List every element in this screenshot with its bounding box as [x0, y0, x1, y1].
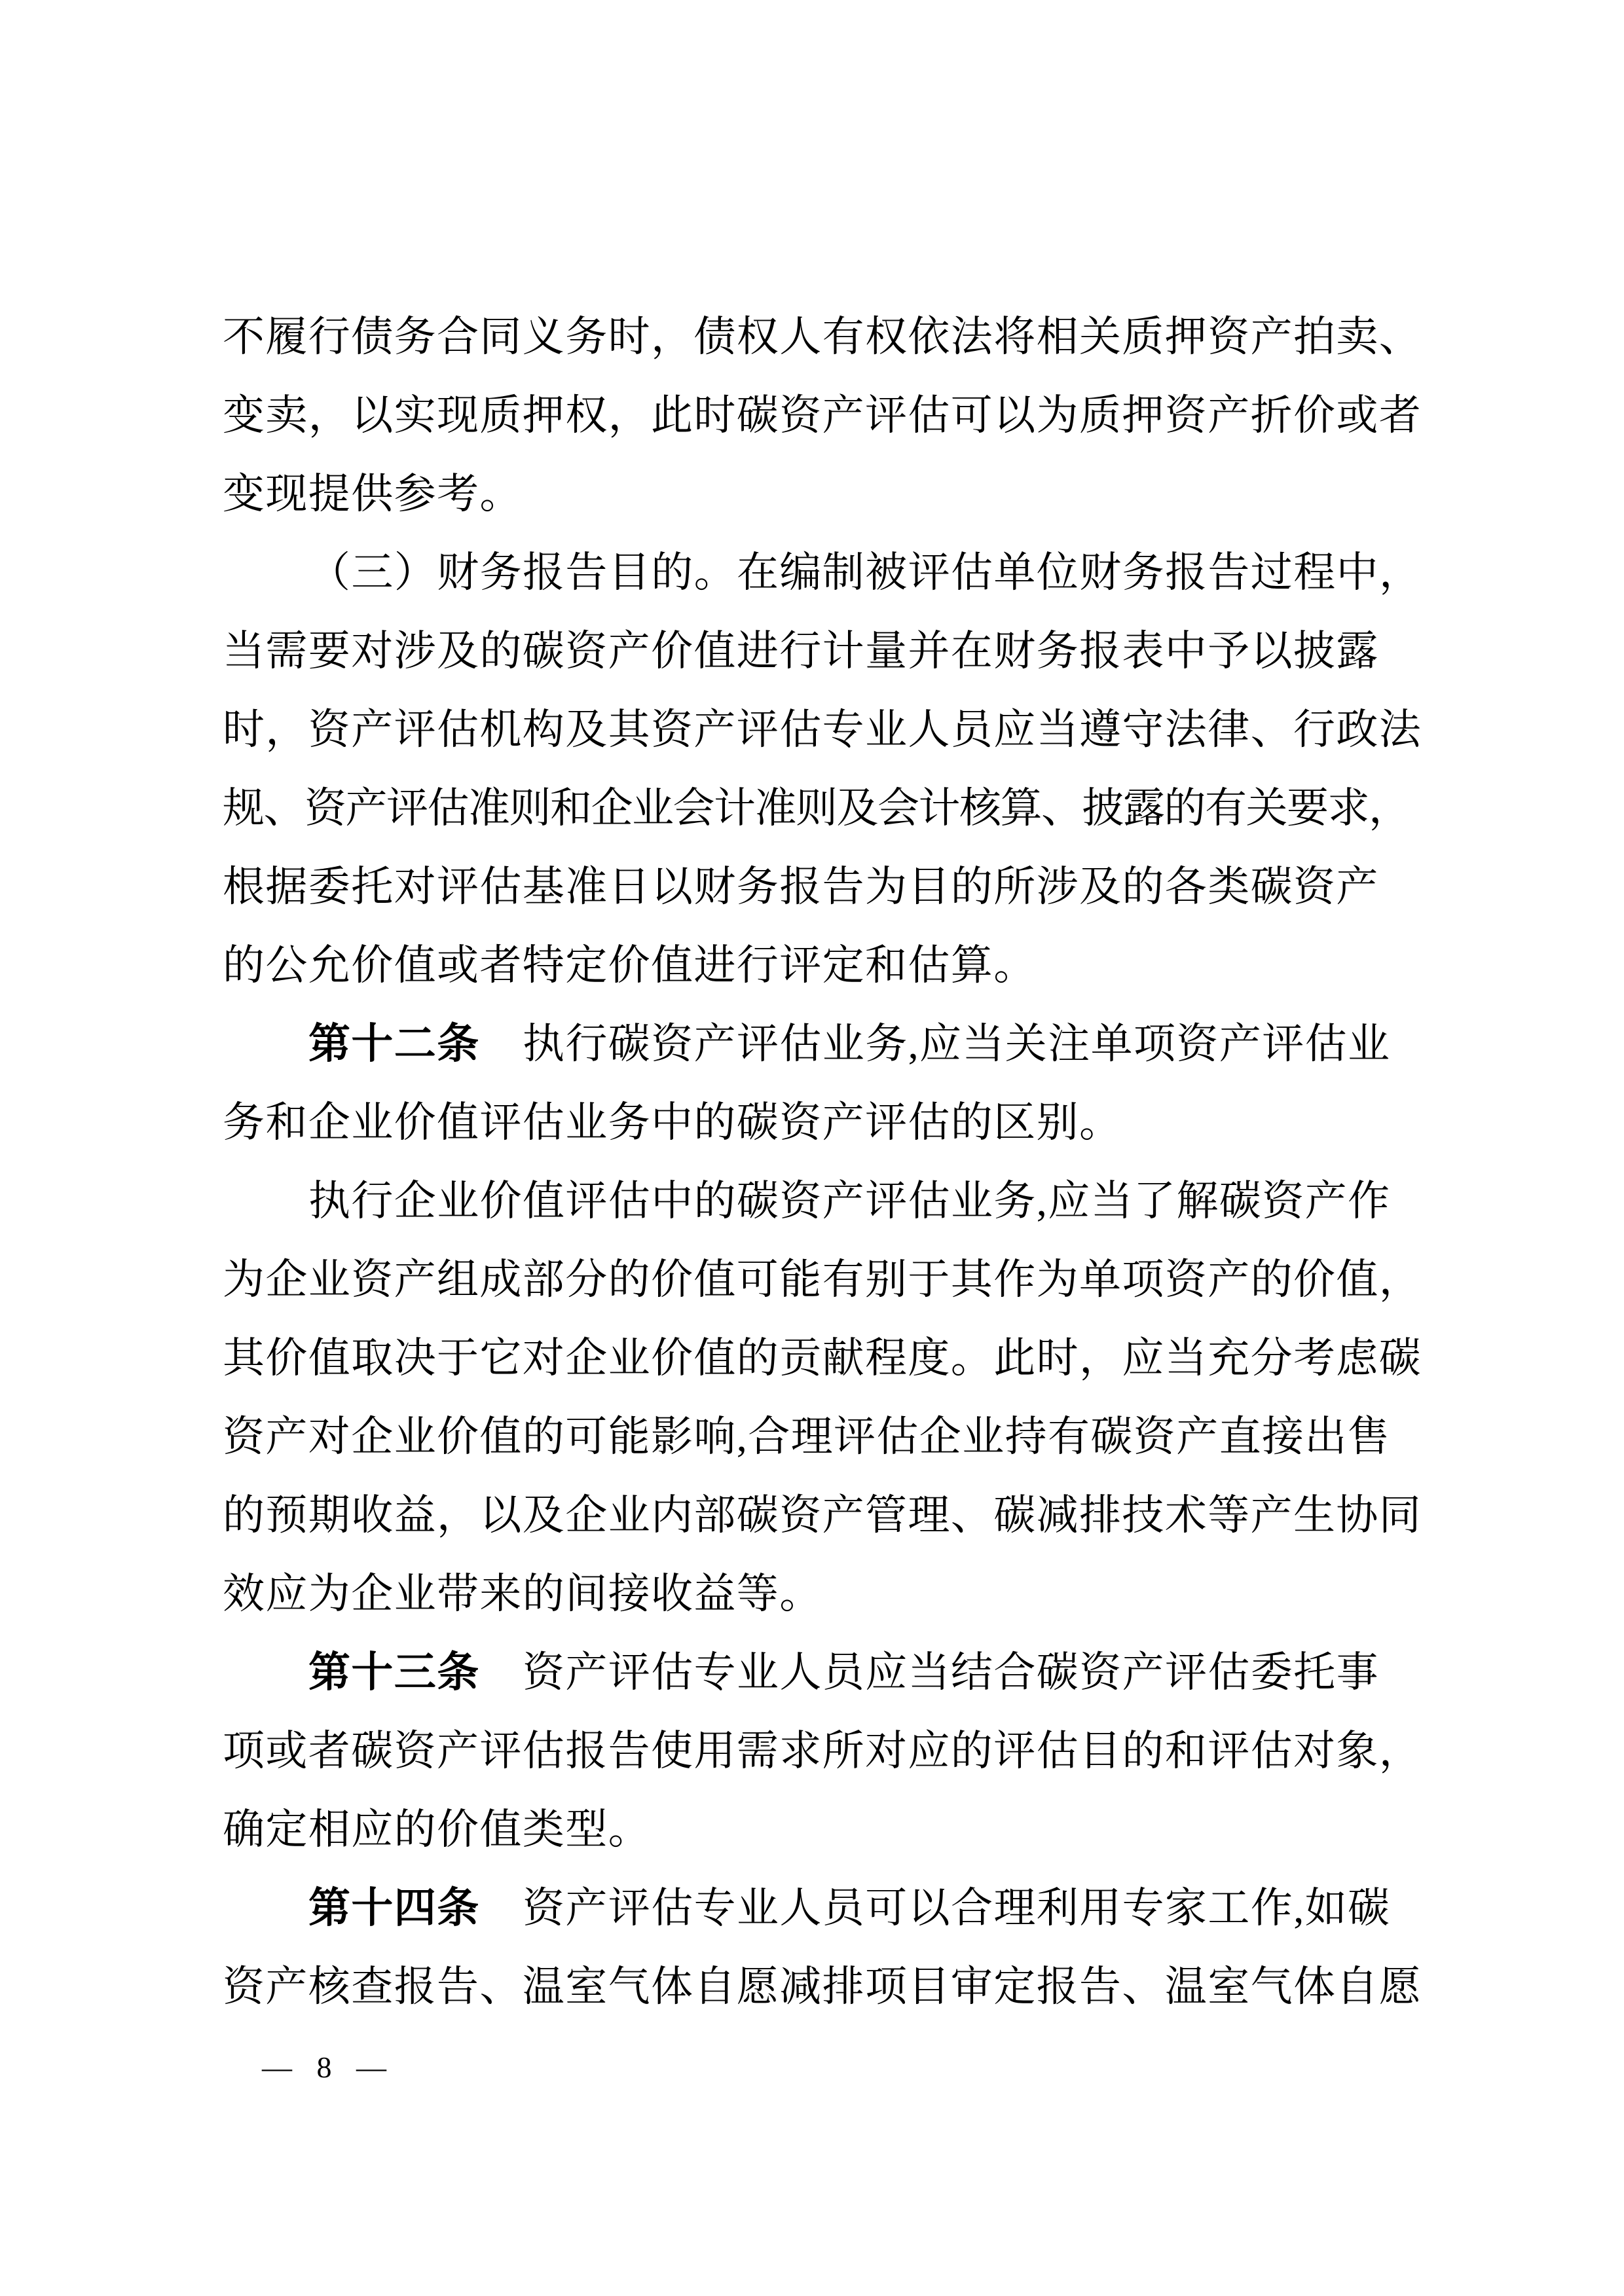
article-number: 第十二条 [308, 1021, 480, 1067]
document-page: 不履行债务合同义务时，债权人有权依法将相关质押资产拍卖、 变卖，以实现质押权，此… [0, 0, 1624, 2296]
text-line-paragraph-start: 执行企业价值评估中的碳资产评估业务,应当了解碳资产作 [223, 1162, 1431, 1241]
article-text: 执行碳资产评估业务,应当关注单项资产评估业 [480, 1021, 1391, 1067]
article-number: 第十三条 [308, 1649, 480, 1696]
text-line: 不履行债务合同义务时，债权人有权依法将相关质押资产拍卖、 [223, 298, 1431, 376]
text-line: 务和企业价值评估业务中的碳资产评估的区别。 [223, 1084, 1431, 1162]
text-line: 根据委托对评估基准日以财务报告为目的所涉及的各类碳资产 [223, 848, 1431, 926]
text-line: 效应为企业带来的间接收益等。 [223, 1555, 1431, 1633]
text-line: 的公允价值或者特定价值进行评定和估算。 [223, 926, 1431, 1005]
text-line-article-12: 第十二条 执行碳资产评估业务,应当关注单项资产评估业 [223, 1005, 1431, 1084]
article-text: 资产评估专业人员可以合理利用专家工作,如碳 [480, 1885, 1391, 1931]
page-footer: — 8 — [262, 2041, 390, 2094]
text-line: 变卖，以实现质押权，此时碳资产评估可以为质押资产折价或者 [223, 376, 1431, 455]
document-body: 不履行债务合同义务时，债权人有权依法将相关质押资产拍卖、 变卖，以实现质押权，此… [223, 298, 1431, 2026]
text-line: 资产核查报告、温室气体自愿减排项目审定报告、温室气体自愿 [223, 1948, 1431, 2026]
text-line-paragraph-start: （三）财务报告目的。在编制被评估单位财务报告过程中， [223, 534, 1431, 612]
text-line: 项或者碳资产评估报告使用需求所对应的评估目的和评估对象， [223, 1712, 1431, 1791]
text-line: 资产对企业价值的可能影响,合理评估企业持有碳资产直接出售 [223, 1398, 1431, 1476]
article-number: 第十四条 [308, 1885, 480, 1931]
text-line: 为企业资产组成部分的价值可能有别于其作为单项资产的价值， [223, 1241, 1431, 1319]
page-number: — 8 — [262, 2050, 390, 2084]
text-line: 的预期收益，以及企业内部碳资产管理、碳减排技术等产生协同 [223, 1476, 1431, 1555]
text-line-article-14: 第十四条 资产评估专业人员可以合理利用专家工作,如碳 [223, 1869, 1431, 1948]
text-line: 时，资产评估机构及其资产评估专业人员应当遵守法律、行政法 [223, 691, 1431, 769]
article-text: 资产评估专业人员应当结合碳资产评估委托事 [480, 1649, 1379, 1696]
text-line: 其价值取决于它对企业价值的贡献程度。此时，应当充分考虑碳 [223, 1319, 1431, 1398]
text-line: 确定相应的价值类型。 [223, 1791, 1431, 1869]
text-line: 当需要对涉及的碳资产价值进行计量并在财务报表中予以披露 [223, 612, 1431, 691]
text-line: 规、资产评估准则和企业会计准则及会计核算、披露的有关要求， [223, 769, 1431, 848]
text-line: 变现提供参考。 [223, 455, 1431, 534]
text-line-article-13: 第十三条 资产评估专业人员应当结合碳资产评估委托事 [223, 1633, 1431, 1712]
